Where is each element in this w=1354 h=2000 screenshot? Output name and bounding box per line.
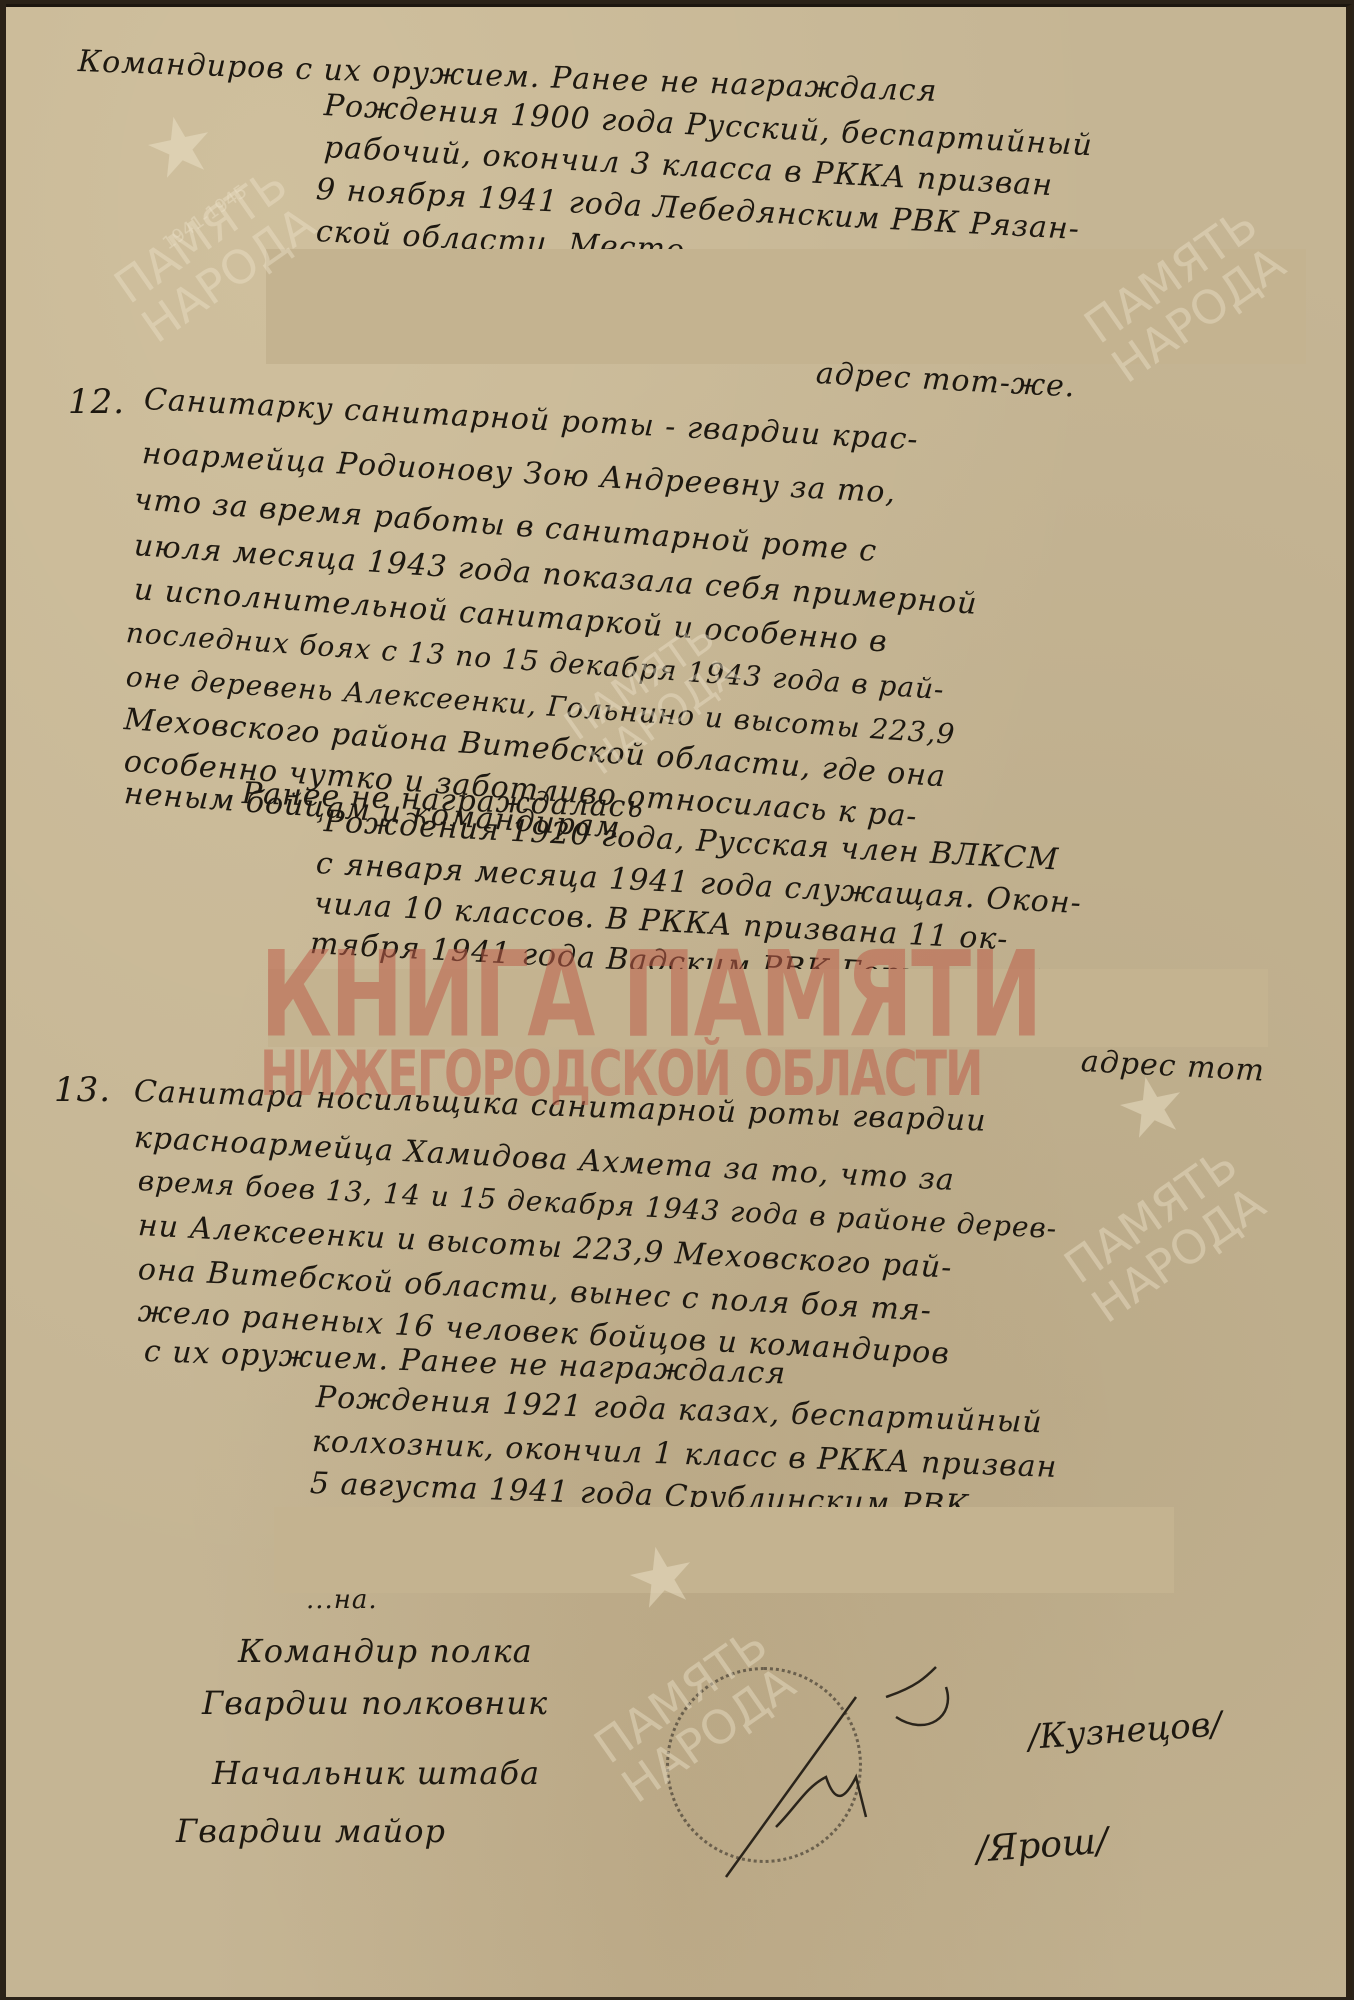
star-watermark-icon: ★ <box>136 100 223 193</box>
signatory-name: /Ярош/ <box>975 1820 1110 1870</box>
document-page: Командиров с их оружием. Ранее не награж… <box>6 4 1352 1997</box>
redacted-block <box>274 1507 1174 1593</box>
signatory-rank: Гвардии майор <box>176 1815 446 1847</box>
entry-number: 13. <box>54 1073 111 1107</box>
entry-number: 12. <box>68 385 125 419</box>
signatory-rank: Гвардии полковник <box>202 1687 548 1719</box>
pamyat-naroda-watermark: ПАМЯТЬ НАРОДА <box>1056 1139 1273 1331</box>
kniga-pamyati-watermark-region: НИЖЕГОРОДСКОЙ ОБЛАСТИ <box>260 1037 982 1110</box>
address-note: адрес тот-же. <box>815 359 1076 403</box>
signatory-name: /Кузнецов/ <box>1027 1704 1223 1757</box>
signatory-title: Командир полка <box>238 1635 533 1667</box>
signatory-title: Начальник штаба <box>212 1757 540 1789</box>
redacted-fragment: ...на. <box>306 1587 378 1613</box>
